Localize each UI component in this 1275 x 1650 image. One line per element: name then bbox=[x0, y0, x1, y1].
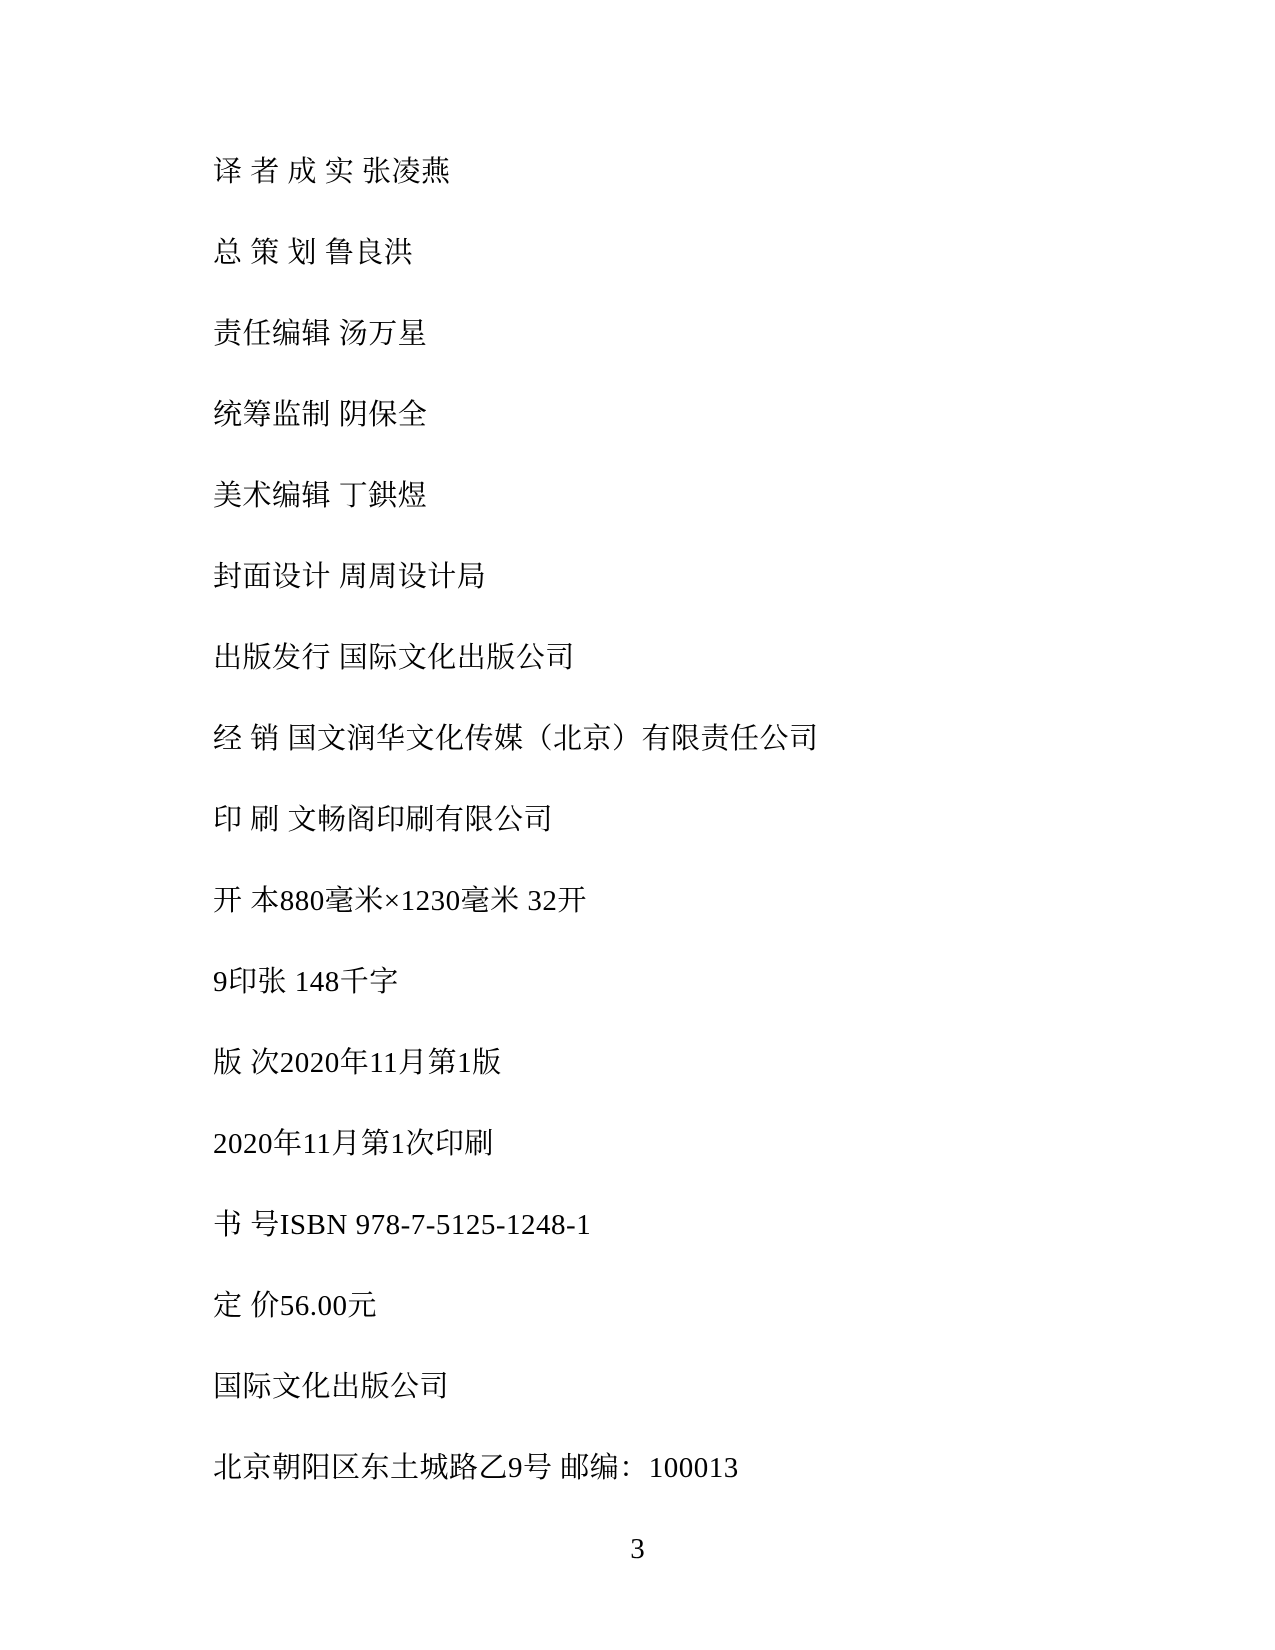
publisher-name-line: 国际文化出版公司 bbox=[213, 1370, 449, 1404]
cover-design-line: 封面设计 周周设计局 bbox=[213, 560, 486, 594]
translator-line: 译 者 成 实 张凌燕 bbox=[213, 155, 451, 189]
sheets-wordcount-line: 9印张 148千字 bbox=[213, 965, 399, 999]
printing-line: 2020年11月第1次印刷 bbox=[213, 1127, 494, 1161]
publisher-line: 出版发行 国际文化出版公司 bbox=[213, 641, 575, 675]
address-line: 北京朝阳区东土城路乙9号 邮编：100013 bbox=[213, 1451, 739, 1485]
document-page: 译 者 成 实 张凌燕 总 策 划 鲁良洪 责任编辑 汤万星 统筹监制 阴保全 … bbox=[0, 0, 1275, 1650]
printer-line: 印 刷 文畅阁印刷有限公司 bbox=[213, 803, 553, 837]
page-number: 3 bbox=[0, 1532, 1275, 1566]
chief-planner-line: 总 策 划 鲁良洪 bbox=[213, 236, 413, 270]
isbn-line: 书 号ISBN 978-7-5125-1248-1 bbox=[213, 1208, 591, 1242]
price-line: 定 价56.00元 bbox=[213, 1289, 377, 1323]
art-editor-line: 美术编辑 丁鉷煜 bbox=[213, 479, 427, 513]
distributor-line: 经 销 国文润华文化传媒（北京）有限责任公司 bbox=[213, 722, 819, 756]
format-line: 开 本880毫米×1230毫米 32开 bbox=[213, 884, 587, 918]
production-supervisor-line: 统筹监制 阴保全 bbox=[213, 398, 427, 432]
responsible-editor-line: 责任编辑 汤万星 bbox=[213, 317, 427, 351]
edition-line: 版 次2020年11月第1版 bbox=[213, 1046, 502, 1080]
